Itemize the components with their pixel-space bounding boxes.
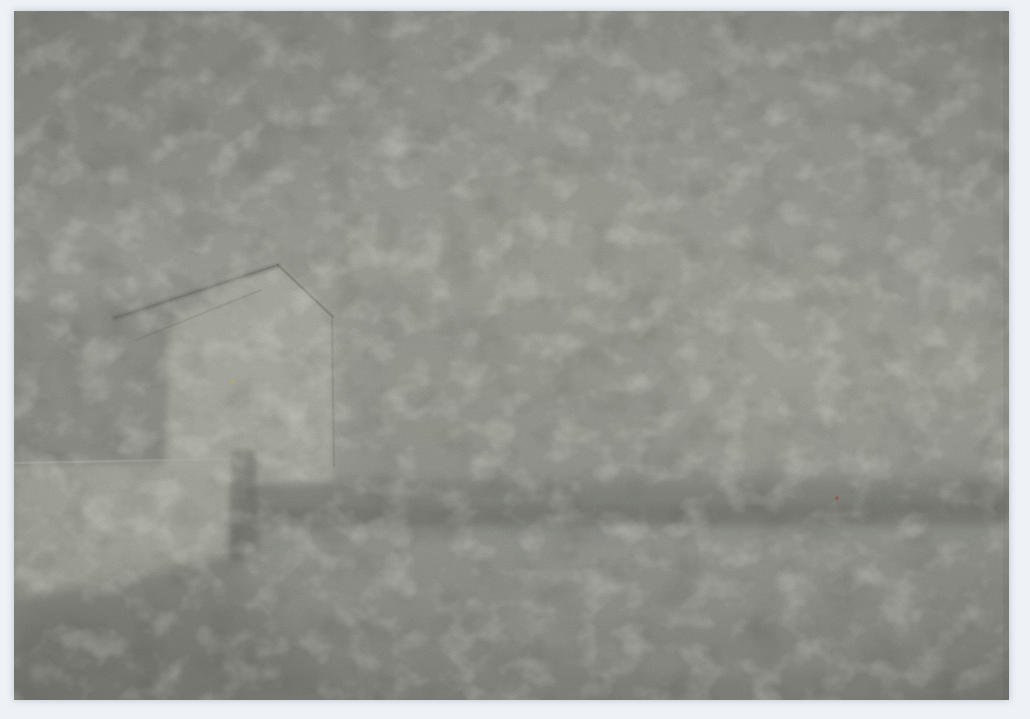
page-background xyxy=(0,0,1030,719)
photo-vignette xyxy=(14,11,1009,700)
artwork-photo xyxy=(14,11,1009,700)
painting-svg xyxy=(14,11,1009,700)
right-edge-shading xyxy=(1003,11,1009,700)
